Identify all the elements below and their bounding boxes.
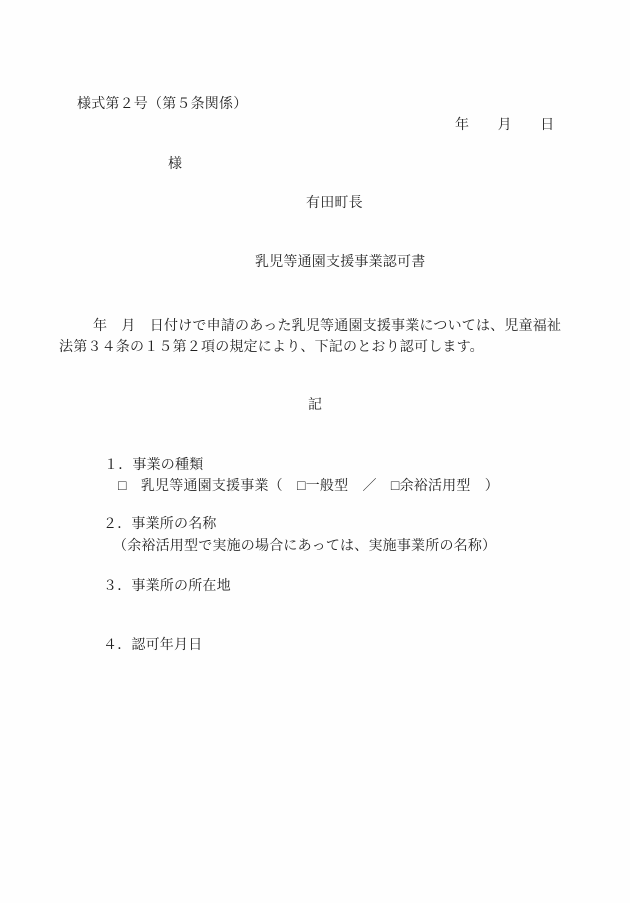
date-line: 年 月 日 xyxy=(455,117,554,134)
item-4-heading: ４．認可年月日 xyxy=(103,637,202,654)
item-2-heading: ２．事業所の名称 xyxy=(103,516,217,533)
document-title: 乳児等通園支援事業認可書 xyxy=(255,254,425,271)
body-line-2: 法第３４条の１５第２項の規定により、下記のとおり認可します。 xyxy=(59,339,484,356)
item-1-checkbox-line: □ 乳児等通園支援事業（ □一般型 ／ □余裕活用型 ） xyxy=(118,478,499,495)
item-3-heading: ３．事業所の所在地 xyxy=(103,578,231,595)
addressee-suffix: 様 xyxy=(168,156,182,173)
issuer-name: 有田町長 xyxy=(306,195,363,212)
record-marker: 記 xyxy=(308,397,322,414)
item-2-note: （余裕活用型で実施の場合にあっては、実施事業所の名称） xyxy=(113,538,496,555)
document-page: 様式第２号（第５条関係） 年 月 日 様 有田町長 乳児等通園支援事業認可書 年… xyxy=(0,0,630,903)
body-line-1: 年 月 日付けで申請のあった乳児等通園支援事業については、児童福祉 xyxy=(93,318,561,335)
item-1-heading: １．事業の種類 xyxy=(104,457,203,474)
form-number: 様式第２号（第５条関係） xyxy=(77,96,247,113)
